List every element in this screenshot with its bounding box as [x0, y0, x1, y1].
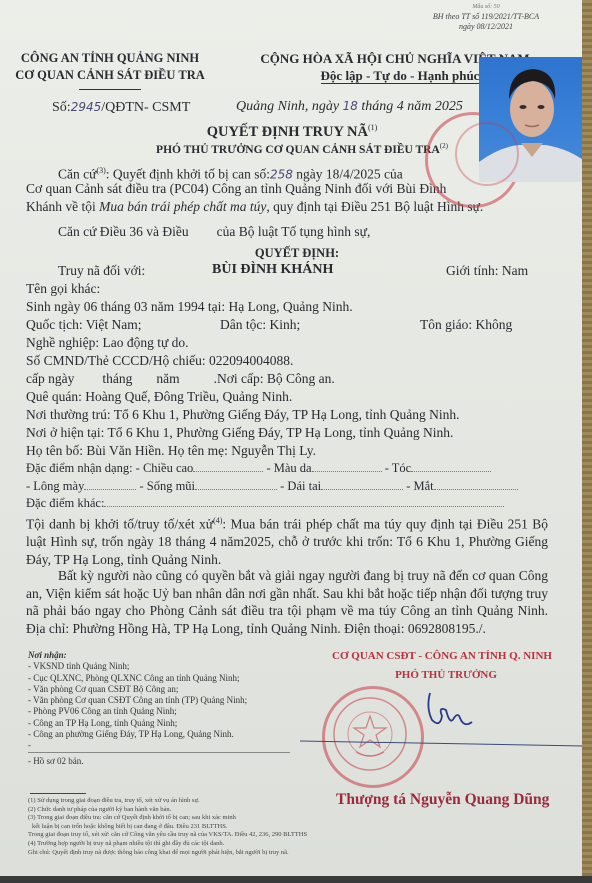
footnote-divider — [30, 793, 86, 794]
agency-line-2: CƠ QUAN CẢNH SÁT ĐIỀU TRA — [10, 67, 210, 84]
decision-heading: QUYẾT ĐỊNH: — [0, 246, 584, 261]
features-row-2: - Lông mày - Sống mũi - Dái tai - Mắt — [26, 478, 518, 496]
divider — [79, 89, 141, 90]
handwritten-number: 2945 — [71, 100, 102, 114]
recipient-item: - Cục QLXNC, Phòng QLXNC Công an tỉnh Qu… — [28, 673, 288, 684]
table-surface — [582, 0, 592, 883]
occupation: Nghề nghiệp: Lao động tự do. — [26, 334, 189, 352]
recipient-item: - Công an phường Giếng Đáy, TP Hạ Long, … — [28, 729, 288, 740]
recipient-item: - VKSND tỉnh Quảng Ninh; — [28, 661, 288, 672]
birth-info: Sinh ngày 06 tháng 03 năm 1994 tại: Hạ L… — [26, 298, 353, 316]
nationality: Quốc tịch: Việt Nam; — [26, 316, 142, 334]
form-reference: Mẫu số: 50 BH theo TT số 119/2021/TT-BCA… — [380, 2, 592, 32]
place-date: Quảng Ninh, ngày 18 tháng 4 năm 2025 — [236, 99, 463, 115]
permanent-address: Nơi thường trú: Tổ 6 Khu 1, Phường Giếng… — [26, 406, 460, 424]
parents: Họ tên bố: Bùi Văn Hiền. Họ tên mẹ: Nguy… — [26, 442, 316, 460]
agency-line-1: CÔNG AN TỈNH QUẢNG NINH — [10, 50, 210, 67]
photo-border — [0, 876, 592, 883]
official-stamp — [322, 686, 424, 788]
religion: Tôn giáo: Không — [420, 316, 512, 334]
footnote: (4) Trường hợp người bị truy nã phạm nhi… — [28, 840, 307, 849]
recipients-heading: Nơi nhận: — [28, 650, 288, 661]
document-page: Mẫu số: 50 BH theo TT số 119/2021/TT-BCA… — [0, 0, 584, 876]
alias: Tên gọi khác: — [26, 280, 100, 298]
recipient-item: - — [28, 740, 290, 752]
footnote: (1) Sử dụng trong giai đoạn điều tra, tr… — [28, 797, 307, 806]
footnote: (3) Trong giai đoạn điều tra: căn cứ Quy… — [28, 814, 307, 823]
current-address: Nơi ở hiện tại: Tổ 6 Khu 1, Phường Giếng… — [26, 424, 453, 442]
ethnicity: Dân tộc: Kinh; — [220, 316, 300, 334]
footnote: Trong giai đoạn truy tố, xét xử: căn cứ … — [28, 831, 307, 840]
basis-line-4: Căn cứ Điều 36 và Điềucủa Bộ luật Tố tụn… — [58, 223, 370, 241]
id-number: Số CMND/Thẻ CCCD/Hộ chiếu: 022094004088. — [26, 352, 293, 370]
handwritten-day: 18 — [343, 99, 358, 113]
photo-stamp-overlap — [455, 122, 519, 186]
footnote: kết luận bị can trốn hoặc không biết bị … — [28, 823, 307, 832]
charges: Tội danh bị khởi tố/truy tố/xét xử(4): M… — [26, 512, 548, 568]
basis-line-3: Khánh về tội Mua bán trái phép chất ma t… — [26, 198, 483, 216]
crime-name: Mua bán trái phép chất ma túy — [99, 199, 266, 214]
recipient-item: - Phòng PV06 Công an tỉnh Quảng Ninh; — [28, 706, 288, 717]
recipients: Nơi nhận: - VKSND tỉnh Quảng Ninh; - Cục… — [28, 650, 288, 767]
footnotes: (1) Sử dụng trong giai đoạn điều tra, tr… — [28, 797, 307, 857]
signature-scribble — [420, 688, 480, 743]
recipient-item: - Văn phòng Cơ quan CSĐT Công an tỉnh (T… — [28, 695, 288, 706]
other-features: Đặc điểm khác: — [26, 495, 504, 513]
form-number: Mẫu số: 50 — [380, 2, 592, 12]
footnote: (2) Chức danh tư pháp của người ký ban h… — [28, 806, 307, 815]
wanted-name: BÙI ĐÌNH KHÁNH — [212, 262, 333, 278]
gender: Giới tính: Nam — [446, 262, 528, 280]
form-date: ngày 08/12/2021 — [380, 22, 592, 32]
form-circular: BH theo TT số 119/2021/TT-BCA — [380, 12, 592, 22]
hometown: Quê quán: Hoàng Quế, Đông Triều, Quảng N… — [26, 388, 292, 406]
signer-position: PHÓ THỦ TRƯỞNG — [300, 669, 592, 681]
signer-name: Thượng tá Nguyễn Quang Dũng — [336, 791, 549, 809]
footnote: Ghi chú: Quyết định truy nã được thông b… — [28, 849, 307, 858]
recipient-item: - Văn phòng Cơ quan CSĐT Bộ Công an; — [28, 684, 288, 695]
wanted-label: Truy nã đối với: — [58, 262, 145, 280]
recipient-item: - Công an TP Hạ Long, tỉnh Quảng Ninh; — [28, 718, 288, 729]
arrest-instruction: Bất kỳ người nào cũng có quyền bắt và gi… — [26, 567, 548, 637]
features-row-1: Đặc điểm nhận dạng: - Chiều cao - Màu da… — [26, 460, 491, 478]
document-number: Số:2945/QĐTN- CSMT — [52, 100, 190, 116]
issuing-agency: CÔNG AN TỈNH QUẢNG NINH CƠ QUAN CẢNH SÁT… — [10, 50, 210, 84]
recipient-item: - Hồ sơ 02 bản. — [28, 756, 288, 767]
signer-organization: CƠ QUAN CSĐT - CÔNG AN TỈNH Q. NINH — [300, 650, 592, 662]
id-issue: cấp ngàythángnăm.Nơi cấp: Bộ Công an. — [26, 370, 335, 388]
